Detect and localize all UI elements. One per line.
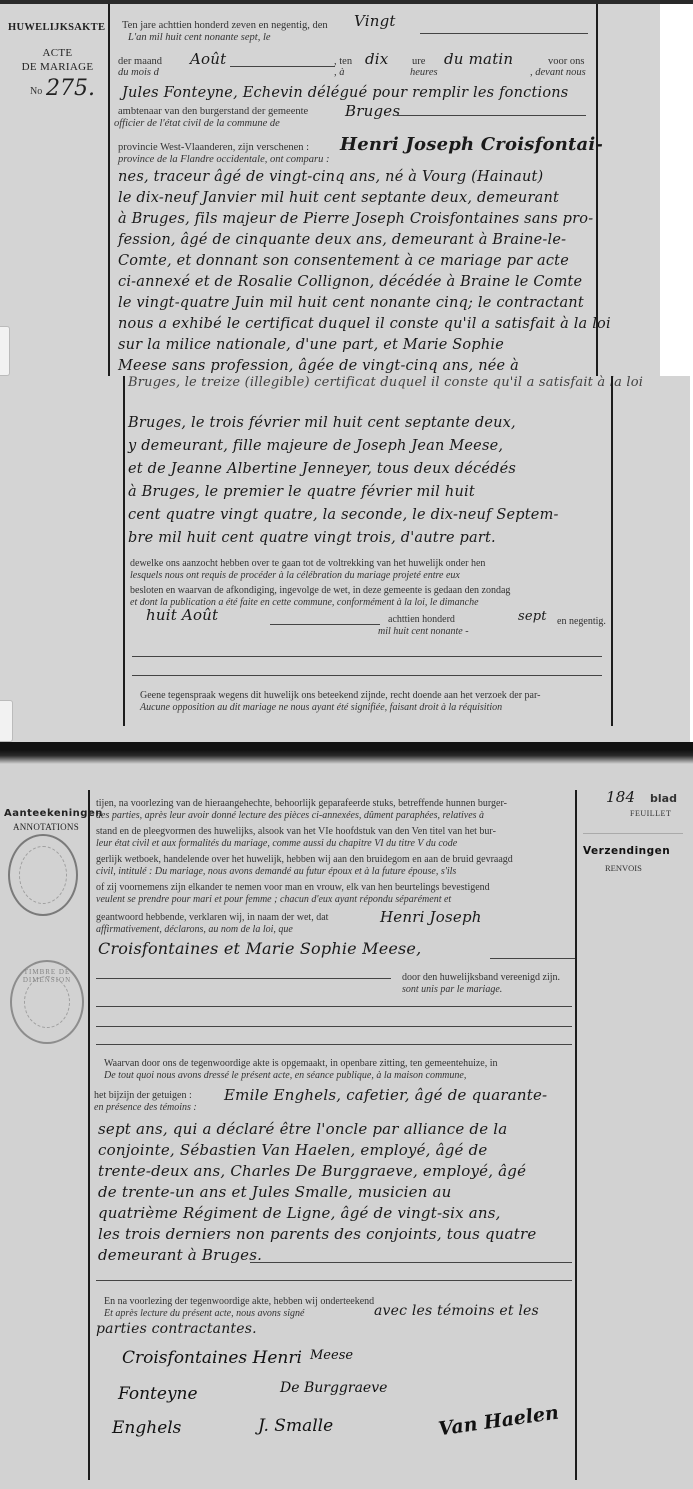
page-tab-marker-lower bbox=[0, 700, 13, 742]
intro-line-fr: L'an mil huit cent nonante sept, le bbox=[128, 32, 271, 44]
hand-line: sur la milice nationale, d'une part, et … bbox=[118, 334, 504, 356]
blank-line bbox=[132, 656, 602, 657]
blank-line bbox=[96, 1006, 572, 1007]
hand-line: Bruges, le trois février mil huit cent s… bbox=[128, 412, 516, 434]
page-divider bbox=[0, 742, 693, 750]
page-2-top-edge bbox=[0, 750, 693, 764]
deed-number-prefix: No bbox=[30, 86, 42, 98]
fill-line bbox=[270, 624, 380, 625]
hand-line: conjointe, Sébastien Van Haelen, employé… bbox=[98, 1139, 488, 1161]
p2-line-5-nl: geantwoord hebbende, verklaren wij, in n… bbox=[96, 912, 328, 924]
deed-title-fr-2: DE MARIAGE bbox=[10, 61, 105, 73]
no-opposition-nl: Geene tegenspraak wegens dit huwelijk on… bbox=[140, 690, 540, 702]
hand-line: cent quatre vingt quatre, la seconde, le… bbox=[128, 504, 559, 526]
hand-line: nous a exhibé le certificat duquel il co… bbox=[118, 313, 611, 335]
p2-line-5-fr: affirmativement, déclarons, au nom de la… bbox=[96, 924, 293, 936]
hand-line: sept ans, qui a déclaré être l'oncle par… bbox=[98, 1118, 507, 1140]
page-1-left-rule bbox=[108, 4, 110, 376]
p2-line-2-fr: leur état civil et aux formalités du mar… bbox=[96, 838, 457, 850]
witnesses-label-fr: en présence des témoins : bbox=[94, 1102, 197, 1114]
hand-line: y demeurant, fille majeure de Joseph Jea… bbox=[128, 435, 503, 457]
year-suffix-nl: en negentig. bbox=[557, 616, 606, 628]
hand-groom-name: Henri Joseph Croisfontai- bbox=[340, 134, 603, 156]
hour-label-fr: , à bbox=[334, 67, 345, 79]
deed-title-fr-1: ACTE bbox=[10, 47, 105, 59]
hand-line: les trois derniers non parents des conjo… bbox=[98, 1223, 536, 1245]
p2-line-4-nl: of zij voornemens zijn elkander te nemen… bbox=[96, 882, 490, 894]
hand-couple-a: Henri Joseph bbox=[380, 906, 482, 928]
fill-line bbox=[230, 66, 335, 67]
deed-title-nl: HUWELIJKSAKTE bbox=[8, 22, 103, 33]
hand-line: le vingt-quatre Juin mil huit cent nonan… bbox=[118, 292, 584, 314]
hand-line: fession, âgé de cinquante deux ans, deme… bbox=[118, 229, 566, 251]
hand-line: nes, traceur âgé de vingt-cinq ans, né à… bbox=[118, 166, 543, 188]
fill-line bbox=[420, 33, 588, 34]
registrar-label-nl: ambtenaar van den burgerstand der gemeen… bbox=[118, 106, 308, 118]
annotations-title-nl: Aanteekeningen bbox=[4, 808, 84, 819]
hand-banns-date: huit Août bbox=[146, 604, 218, 626]
hand-banns-year: sept bbox=[518, 606, 547, 628]
margin-divider bbox=[583, 833, 683, 834]
province-label-nl: provincie West-Vlaanderen, zijn verschen… bbox=[118, 142, 309, 154]
tax-stamp-text: TIMBRE DE DIMENSION bbox=[12, 968, 82, 984]
hand-line: bre mil huit cent quatre vingt trois, d'… bbox=[128, 527, 496, 549]
province-label-fr: province de la Flandre occidentale, ont … bbox=[118, 154, 330, 166]
hand-commune: Bruges bbox=[345, 100, 400, 122]
blank-line bbox=[132, 675, 602, 676]
fill-line bbox=[396, 115, 586, 116]
ure-label-fr: heures bbox=[410, 67, 438, 79]
hand-line: à Bruges, le premier le quatre février m… bbox=[128, 481, 475, 503]
hand-line: demeurant à Bruges. bbox=[98, 1244, 262, 1266]
united-fr: sont unis par le mariage. bbox=[402, 984, 502, 996]
signature-groom: Croisfontaines Henri bbox=[122, 1348, 302, 1368]
hand-line: trente-deux ans, Charles De Burggraeve, … bbox=[98, 1160, 526, 1182]
hand-overlap-line: Bruges, le treize (illegible) certificat… bbox=[128, 372, 643, 394]
hand-line: Comte, et donnant son consentement à ce … bbox=[118, 250, 569, 272]
banns-line-nl: besloten en waarvan de afkondiging, inge… bbox=[130, 585, 510, 597]
page-1-right-margin bbox=[660, 4, 693, 376]
signature-witness-smalle: J. Smalle bbox=[258, 1416, 333, 1436]
signature-witness-enghels: Enghels bbox=[112, 1418, 181, 1438]
month-label-fr: du mois d bbox=[118, 67, 159, 79]
blank-line bbox=[96, 1280, 572, 1281]
page-1-top-edge bbox=[0, 0, 693, 4]
signature-witness-burggraeve: De Burggraeve bbox=[280, 1380, 387, 1396]
p2-line-4-fr: veulent se prendre pour mari et pour fem… bbox=[96, 894, 451, 906]
references-title-nl: Verzendingen bbox=[583, 845, 670, 857]
signature-officer: Fonteyne bbox=[118, 1384, 198, 1404]
hand-month: Août bbox=[190, 48, 226, 70]
witnesses-label-nl: het bijzijn der getuigen : bbox=[94, 1090, 192, 1102]
official-seal-stamp bbox=[8, 834, 78, 916]
hand-couple-b: Croisfontaines et Marie Sophie Meese, bbox=[98, 938, 421, 960]
year-label-fr: mil huit cent nonante - bbox=[378, 626, 469, 638]
p2-line-3-fr: civil, intitulé : Du mariage, nous avons… bbox=[96, 866, 456, 878]
intro-line-nl: Ten jare achttien honderd zeven en negen… bbox=[122, 20, 328, 32]
folio-label-nl: blad bbox=[650, 793, 677, 805]
hand-line: le dix-neuf Janvier mil huit cent septan… bbox=[118, 187, 559, 209]
page-2-left-rule bbox=[88, 790, 90, 1480]
folio-number: 184 bbox=[606, 786, 635, 808]
no-opposition-fr: Aucune opposition au dit mariage ne nous… bbox=[140, 702, 502, 714]
year-label-nl: achttien honderd bbox=[388, 614, 455, 626]
united-nl: door den huwelijksband vereenigd zijn. bbox=[402, 972, 560, 984]
hand-witness-a: Emile Enghels, cafetier, âgé de quarante… bbox=[224, 1084, 547, 1106]
hand-hour: dix bbox=[365, 48, 388, 70]
page-2-right-rule bbox=[575, 790, 577, 1480]
hand-signed-with: avec les témoins et les bbox=[374, 1300, 539, 1322]
hand-line: à Bruges, fils majeur de Pierre Joseph C… bbox=[118, 208, 593, 230]
whereof-nl: Waarvan door ons de tegenwoordige akte i… bbox=[104, 1058, 498, 1070]
request-line-fr: lesquels nous ont requis de procéder à l… bbox=[130, 570, 460, 582]
page-1-right-rule-lower bbox=[611, 376, 613, 726]
blank-line bbox=[96, 1026, 572, 1027]
page-tab-marker bbox=[0, 326, 10, 376]
blank-line bbox=[96, 1044, 572, 1045]
hand-time-of-day: du matin bbox=[444, 48, 513, 70]
hand-signed-with-2: parties contractantes. bbox=[96, 1318, 257, 1340]
p2-line-3-nl: gerlijk wetboek, handelende over het huw… bbox=[96, 854, 513, 866]
page-1-left-rule-lower bbox=[123, 376, 125, 726]
hand-line: ci-annexé et de Rosalie Collignon, décéd… bbox=[118, 271, 582, 293]
references-title-fr: RENVOIS bbox=[605, 862, 642, 874]
before-us-fr: , devant nous bbox=[530, 67, 586, 79]
p2-line-1-nl: tijen, na voorlezing van de hieraangehec… bbox=[96, 798, 507, 810]
request-line-nl: dewelke ons aanzocht hebben over te gaan… bbox=[130, 558, 485, 570]
hand-line: quatrième Régiment de Ligne, âgé de ving… bbox=[98, 1202, 501, 1224]
tax-stamp: TIMBRE DE DIMENSION bbox=[10, 960, 84, 1044]
hand-day: Vingt bbox=[354, 10, 396, 32]
fill-line bbox=[96, 978, 391, 979]
fill-line bbox=[250, 1262, 572, 1263]
folio-label-fr: FEUILLET bbox=[630, 808, 671, 820]
p2-line-1-fr: des parties, après leur avoir donné lect… bbox=[96, 810, 484, 822]
whereof-fr: De tout quoi nous avons dressé le présen… bbox=[104, 1070, 466, 1082]
signing-line-nl: En na voorlezing der tegenwoordige akte,… bbox=[104, 1296, 374, 1308]
hand-line: de trente-un ans et Jules Smalle, musici… bbox=[98, 1181, 452, 1203]
signature-bride: Meese bbox=[310, 1348, 353, 1363]
p2-line-2-nl: stand en de pleegvormen des huwelijks, a… bbox=[96, 826, 496, 838]
registrar-label-fr: officier de l'état civil de la commune d… bbox=[114, 118, 280, 130]
annotations-title-fr: ANNOTATIONS bbox=[6, 822, 86, 832]
hand-line: et de Jeanne Albertine Jenneyer, tous de… bbox=[128, 458, 516, 480]
fill-line bbox=[490, 958, 575, 959]
deed-number: 275. bbox=[46, 76, 95, 101]
